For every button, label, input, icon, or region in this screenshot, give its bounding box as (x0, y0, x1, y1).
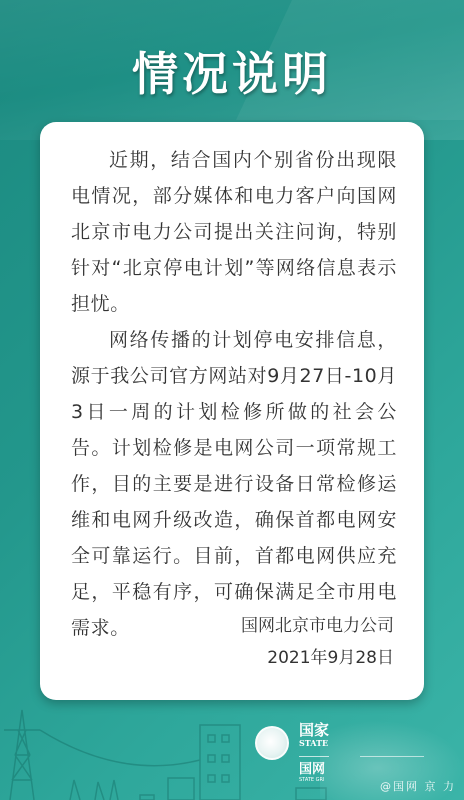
signature-date: 2021年9月28日 (241, 642, 394, 674)
page-title: 情况说明 (0, 38, 464, 104)
notice-card: 近期，结合国内个别省份出现限电情况，部分媒体和电力客户向国网北京市电力公司提出关… (40, 122, 424, 700)
watermark-text: @国网 京 力 (380, 778, 456, 794)
signature-block: 国网北京市电力公司 2021年9月28日 (241, 610, 394, 674)
notice-body: 近期，结合国内个别省份出现限电情况，部分媒体和电力客户向国网北京市电力公司提出关… (71, 142, 397, 646)
paragraph-2: 网络传播的计划停电安排信息，源于我公司官方网站对9月27日-10月3日一周的计划… (71, 322, 397, 646)
state-grid-logo: 国家 STATE 国网 STATE GRI (255, 722, 329, 784)
state-grid-emblem-icon (255, 726, 289, 760)
signature-organization: 国网北京市电力公司 (241, 610, 394, 642)
watermark-divider (360, 756, 424, 757)
paragraph-1: 近期，结合国内个别省份出现限电情况，部分媒体和电力客户向国网北京市电力公司提出关… (71, 142, 397, 322)
